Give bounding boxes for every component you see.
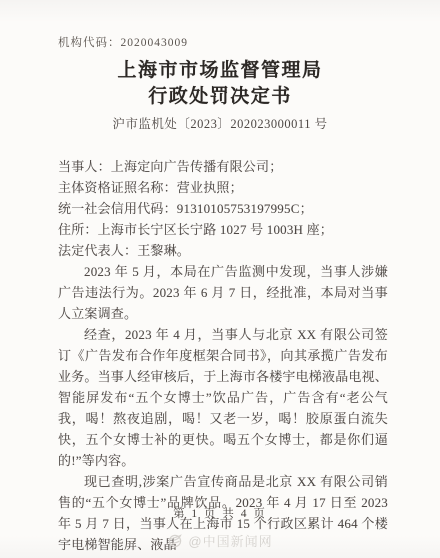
page-number-indicator: 第 1 页 共 4 页 [0, 505, 440, 521]
penalty-decision-document-page: 机构代码：2020043009 上海市市场监督管理局 行政处罚决定书 沪市监机处… [0, 0, 440, 558]
china-news-logo-icon [167, 533, 184, 548]
document-title-type: 行政处罚决定书 [0, 84, 440, 110]
body-paragraph-findings-ad-content: 经查，2023 年 4 月，当事人与北京 XX 有限公司签订《广告发布合作年度框… [58, 324, 388, 471]
watermark: @中国新闻网 [0, 531, 440, 550]
party-line-name: 当事人：上海定向广告传播有限公司； [58, 156, 388, 177]
party-line-credit-code: 统一社会信用代码：91310105753197995C； [58, 198, 388, 219]
document-body: 当事人：上海定向广告传播有限公司； 主体资格证照名称：营业执照； 统一社会信用代… [58, 156, 388, 555]
document-title-authority: 上海市市场监督管理局 [0, 58, 440, 84]
party-line-address: 住所：上海市长宁区长宁路 1027 号 1003H 座； [58, 219, 388, 240]
org-code-line: 机构代码：2020043009 [58, 34, 440, 50]
body-paragraph-investigation-start: 2023 年 5 月，本局在广告监测中发现，当事人涉嫌广告违法行为。2023 年… [58, 261, 388, 324]
party-line-legal-rep: 法定代表人：王黎琳。 [58, 240, 388, 261]
document-number: 沪市监机处〔2023〕202023000011 号 [0, 114, 440, 132]
party-line-license: 主体资格证照名称：营业执照； [58, 177, 388, 198]
watermark-text: @中国新闻网 [188, 531, 272, 550]
